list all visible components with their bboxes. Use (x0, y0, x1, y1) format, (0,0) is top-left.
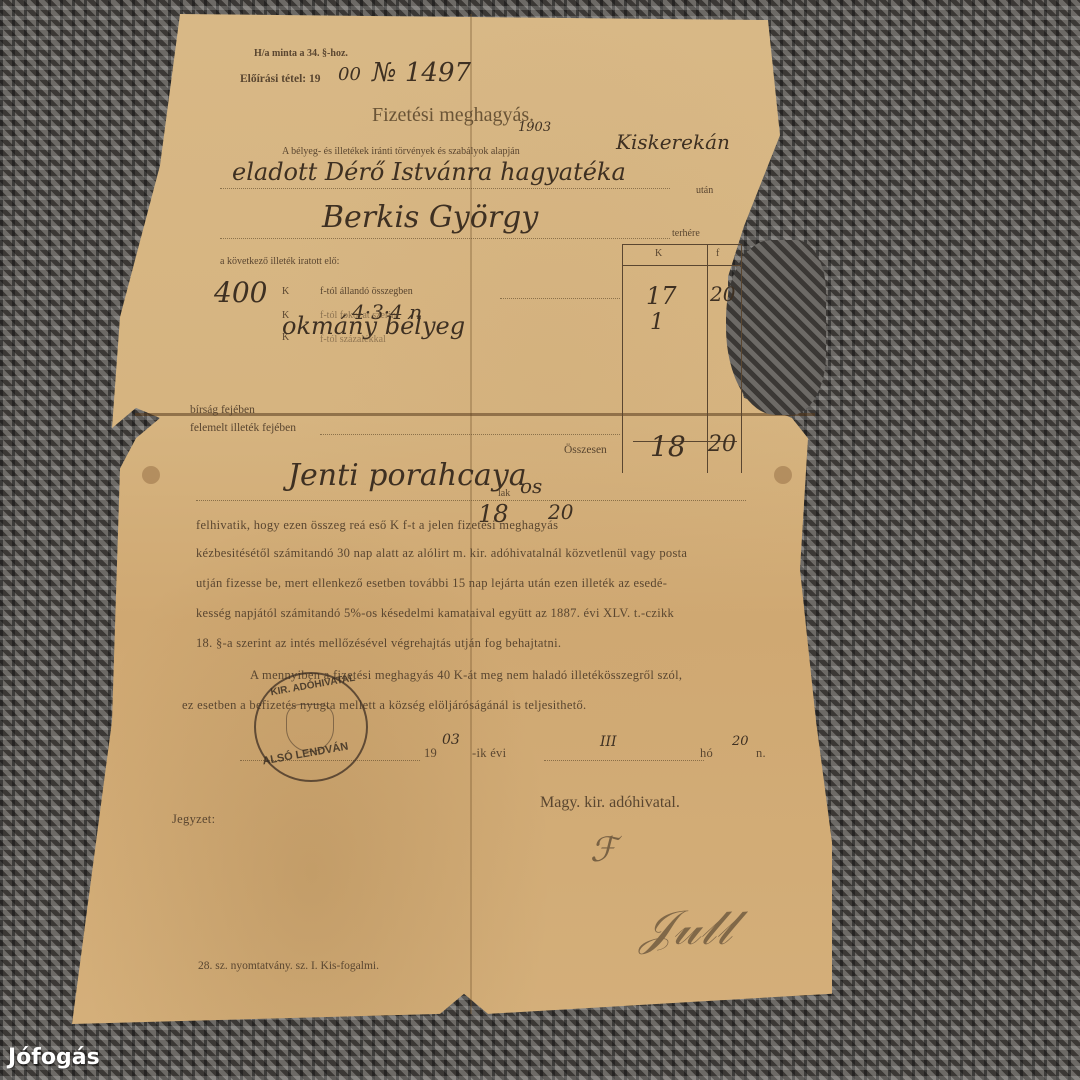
lak-label: lak (498, 488, 510, 499)
intro-text: A bélyeg- és illetékek iránti törvények … (282, 146, 520, 157)
form-footer: 28. sz. nyomtatvány. sz. I. Kis-fogalmi. (198, 960, 379, 972)
resident-handwritten: Jenti porahcaya (288, 458, 527, 493)
fee-desc-1: f-tól állandó összegben (320, 286, 413, 297)
terhere-label: terhére (672, 228, 700, 239)
date-ho: hó (700, 746, 713, 761)
document-title: Fizetési meghagyás. (372, 104, 534, 127)
jofogas-watermark: Jófogás (8, 1045, 100, 1070)
table-row1-f: 20 (710, 282, 735, 306)
subject-handwritten: eladott Dérő Istvánra hagyatéka (232, 158, 626, 186)
place-handwritten: Kiskerekán (616, 130, 730, 154)
body-line-4: kesség napjától számitandó 5%-os késedel… (196, 606, 674, 621)
dotted-line (500, 298, 620, 299)
table-col-f: f (716, 248, 719, 259)
date-n: n. (756, 746, 766, 761)
dotted-line (220, 238, 670, 239)
total-k: 18 (650, 430, 686, 463)
notes-label: Jegyzet: (172, 812, 215, 827)
total-label: Összesen (564, 444, 607, 456)
fee-k-label-1: K (282, 286, 289, 297)
body-line-5: 18. §-a szerint az intés mellőzésével vé… (196, 636, 561, 651)
table-row1-k: 17 (646, 282, 677, 310)
prescription-year: 00 (338, 64, 361, 85)
date-month: III (600, 734, 617, 750)
date-day: 20 (732, 734, 749, 749)
birsag-label: bírság fejében (190, 404, 255, 416)
total-f: 20 (708, 432, 736, 457)
date-ik-evi: -ik évi (472, 746, 506, 761)
signature: 𝒥𝓊𝓁𝓁 (640, 900, 732, 957)
fees-intro: a következő illeték iratott elő: (220, 256, 339, 267)
utan-label: után (696, 185, 713, 196)
felemelt-label: felemelt illeték fejében (190, 422, 296, 434)
prescription-number: № 1497 (372, 58, 471, 88)
fee-amount-1: 400 (214, 276, 267, 309)
body-line-2: kézbesitésétől számitandó 30 nap alatt a… (196, 546, 687, 561)
table-header-divider (623, 265, 741, 266)
table-row2-k: 1 (650, 310, 664, 335)
punch-hole-left (142, 466, 160, 484)
date-year: 03 (442, 732, 460, 748)
date-prefix: 19 (424, 746, 437, 761)
body-line-1: felhivatik, hogy ezen összeg reá eső K f… (196, 518, 558, 533)
dotted-line (220, 188, 670, 189)
prescription-label: Előírási tétel: 19 (240, 73, 320, 85)
debtor-name: Berkis György (322, 200, 538, 235)
initials-signature: ℱ (590, 830, 617, 870)
dotted-line (544, 760, 704, 761)
title-annotation: 1903 (518, 120, 551, 135)
dotted-line (320, 434, 620, 435)
note-line-2: ez esetben a befizetés nyugta mellett a … (182, 698, 586, 713)
fee-desc-3: f-tól százalékkal (320, 334, 386, 345)
lak-suffix: os (520, 474, 542, 498)
punch-hole-right (774, 466, 792, 484)
form-code: H/a minta a 34. §-hoz. (254, 48, 348, 59)
office-label: Magy. kir. adóhivatal. (540, 794, 680, 812)
dotted-line (196, 500, 746, 501)
body-line-3: utján fizesse be, mert ellenkező esetben… (196, 576, 667, 591)
table-col-k: K (655, 248, 662, 259)
